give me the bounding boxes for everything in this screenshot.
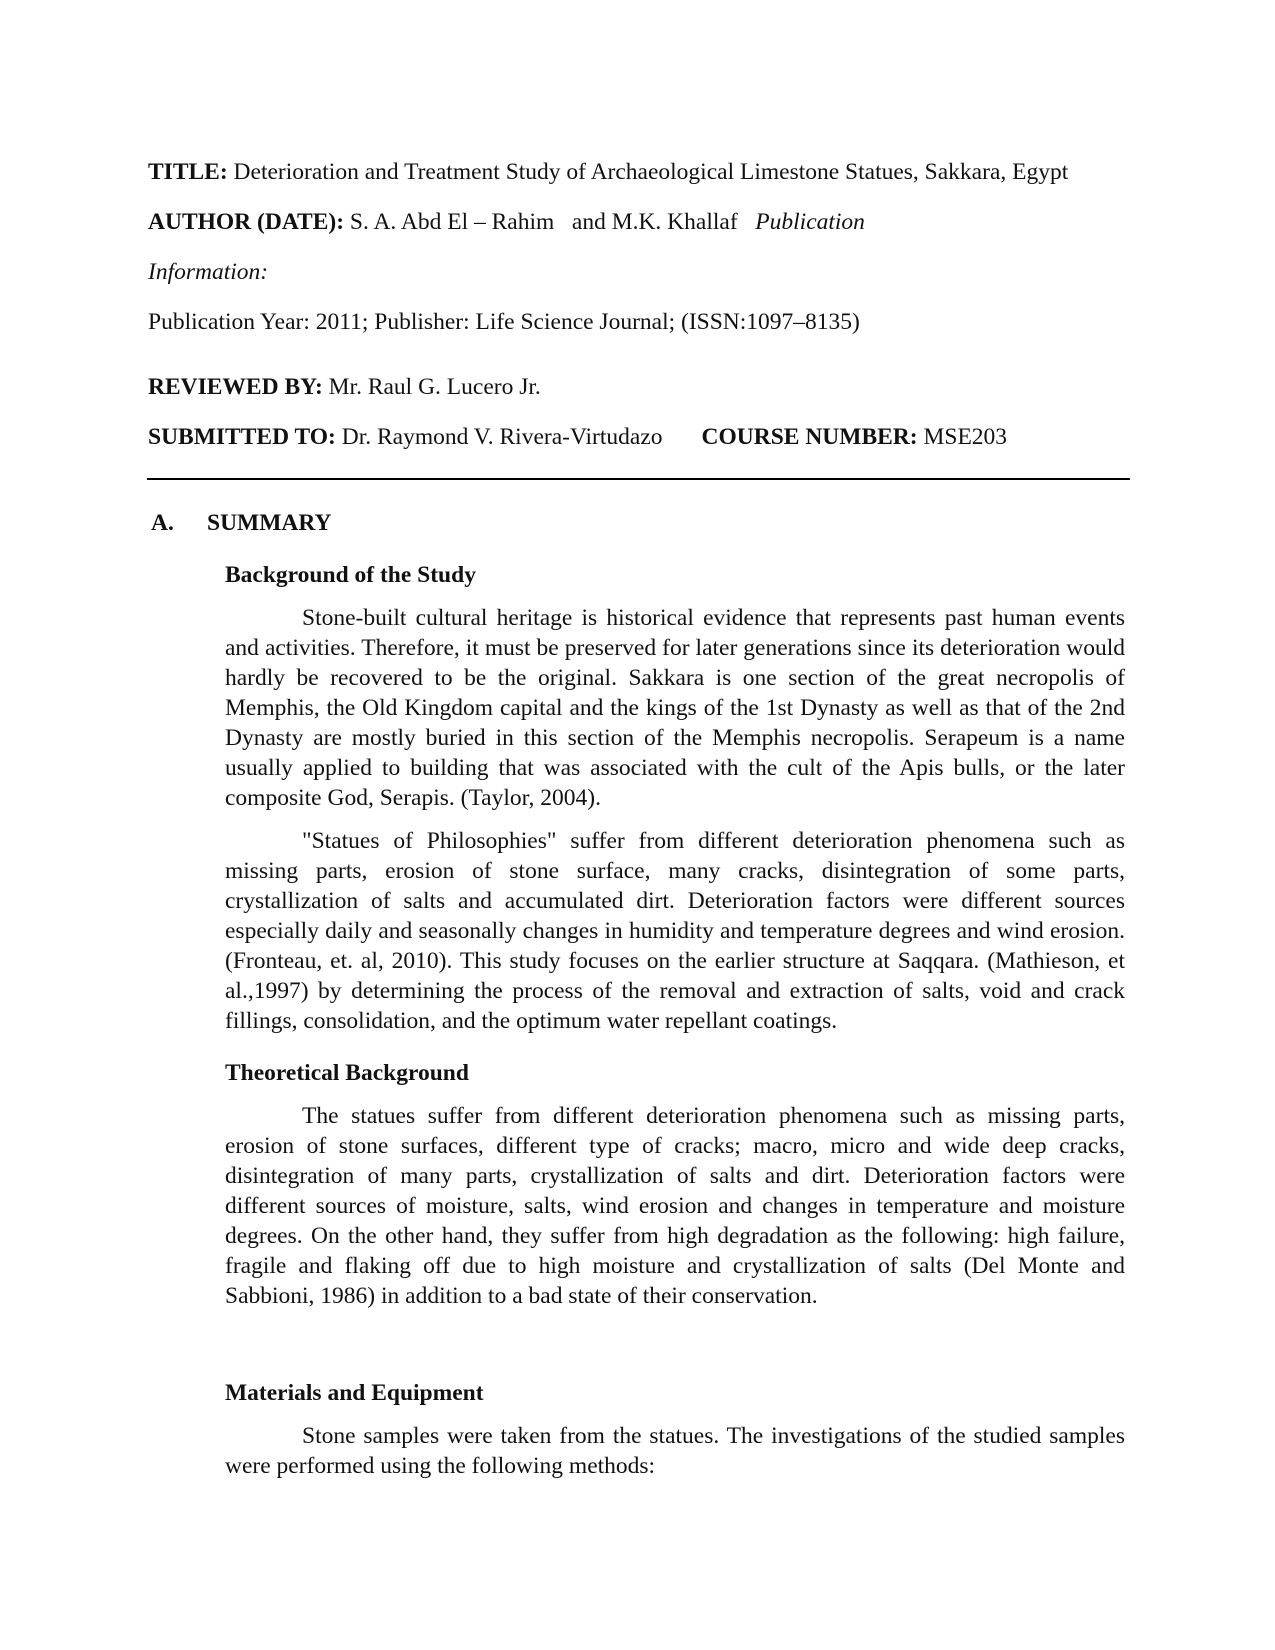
section-title: SUMMARY [207,512,332,536]
publication-info-label-part1: Publication [755,209,865,235]
author-label: AUTHOR (DATE): [148,209,344,235]
author-line: AUTHOR (DATE): S. A. Abd El – Rahim and … [148,211,865,235]
paragraph-theoretical: The statues suffer from different deteri… [225,1101,1125,1311]
course-number-label: COURSE NUMBER: [702,424,918,450]
reviewed-by-value: Mr. Raul G. Lucero Jr. [329,374,541,400]
reviewed-by-label: REVIEWED BY: [148,374,323,400]
paragraph-materials: Stone samples were taken from the statue… [225,1421,1125,1481]
paragraph-background-1: Stone-built cultural heritage is histori… [225,603,1125,813]
title-line: TITLE: Deterioration and Treatment Study… [148,161,1068,185]
title-value: Deterioration and Treatment Study of Arc… [234,159,1069,185]
reviewed-by-line: REVIEWED BY: Mr. Raul G. Lucero Jr. [148,376,541,400]
paragraph-background-2: "Statues of Philosophies" suffer from di… [225,826,1125,1036]
author-value: S. A. Abd El – Rahim and M.K. Khallaf [350,209,738,235]
subheading-materials: Materials and Equipment [225,1382,484,1406]
publication-info-label-part2: Information: [148,261,268,285]
title-label: TITLE: [148,159,228,185]
subheading-theoretical: Theoretical Background [225,1062,469,1086]
header-divider [147,478,1130,480]
submitted-to-value: Dr. Raymond V. Rivera-Virtudazo [342,424,663,450]
section-letter: A. [151,512,174,536]
submitted-to-label: SUBMITTED TO: [148,424,336,450]
publication-details: Publication Year: 2011; Publisher: Life … [148,311,860,335]
subheading-background: Background of the Study [225,564,476,588]
submitted-to-line: SUBMITTED TO: Dr. Raymond V. Rivera-Virt… [148,426,1007,450]
course-number-value: MSE203 [923,424,1007,450]
